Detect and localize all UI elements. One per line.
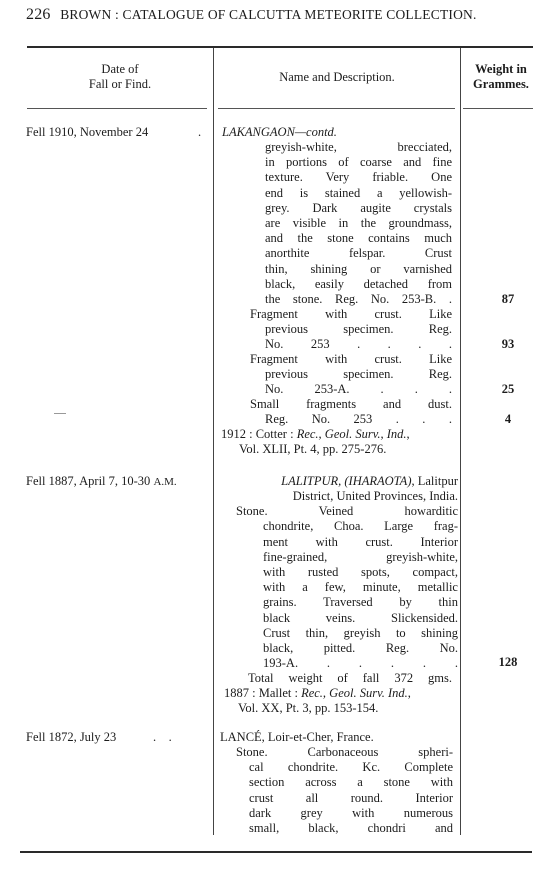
- desc-line: grey. Dark augite crystals: [265, 201, 452, 216]
- specimen-line: Fragment with crust. Like: [250, 307, 452, 322]
- desc-line: Stone. Carbonaceous spheri-: [236, 745, 453, 760]
- header-date-line-2: Fall or Find.: [30, 77, 210, 92]
- desc-line: texture. Very friable. One: [265, 170, 452, 185]
- entry-2-date: Fell 1887, April 7, 10-30 A.M.: [26, 474, 177, 489]
- header-weight-line-2: Grammes.: [461, 77, 541, 92]
- desc-line: small, black, chondri and: [249, 821, 453, 836]
- header-rule-date: [27, 108, 207, 109]
- desc-line: dark grey with numerous: [249, 806, 453, 821]
- header-name: Name and Description.: [214, 70, 460, 85]
- entry-2-date-suffix: A.M.: [153, 476, 176, 488]
- header-date: Date of Fall or Find.: [30, 62, 210, 92]
- entry-1-weight-3: 25: [478, 382, 538, 397]
- desc-line: chondrite, Choa. Large frag-: [263, 519, 458, 534]
- desc-line: black veins. Slickensided.: [263, 611, 458, 626]
- table-bottom-rule: [20, 851, 532, 853]
- entry-1-weight-4: 4: [478, 412, 538, 427]
- reference-line: Vol. XX, Pt. 3, pp. 153-154.: [238, 701, 460, 716]
- entry-1-specimen-1: Fragment with crust. Like previous speci…: [250, 307, 452, 353]
- header-weight-line-1: Weight in: [461, 62, 541, 77]
- entry-3-date-leader: . .: [153, 730, 172, 745]
- desc-line: fine-grained, greyish-white,: [263, 550, 458, 565]
- desc-line: black, easily detached from: [265, 277, 452, 292]
- header-rule-name: [218, 108, 455, 109]
- running-title: BROWN : CATALOGUE OF CALCUTTA METEORITE …: [60, 7, 476, 22]
- reference-line: Vol. XLII, Pt. 4, pp. 275-276.: [239, 442, 461, 457]
- reference-line: 1887 : Mallet : Rec., Geol. Surv. Ind.,: [224, 686, 460, 701]
- specimen-line: previous specimen. Reg.: [265, 322, 452, 337]
- desc-line: are visible in the groundmass,: [265, 216, 452, 231]
- entry-2-reference: 1887 : Mallet : Rec., Geol. Surv. Ind., …: [224, 686, 460, 716]
- entry-2-weight: 128: [478, 655, 538, 670]
- entry-1-specimen-3: Small fragments and dust. Reg. No. 253 .…: [250, 397, 452, 427]
- table-top-rule: [27, 46, 533, 48]
- scan-mark: [54, 413, 66, 414]
- specimen-line: previous specimen. Reg.: [265, 367, 452, 382]
- entry-1-date: Fell 1910, November 24: [26, 125, 148, 140]
- entry-1-name: LAKANGAON—contd.: [222, 125, 337, 140]
- specimen-line: No. 253 . . . .: [265, 337, 452, 352]
- reference-line: 1912 : Cotter : Rec., Geol. Surv., Ind.,: [221, 427, 461, 442]
- entry-2-total: Total weight of fall 372 gms.: [248, 671, 452, 686]
- running-head: 226 BROWN : CATALOGUE OF CALCUTTA METEOR…: [26, 6, 477, 24]
- desc-line: anorthite felspar. Crust: [265, 246, 452, 261]
- desc-line: Crust thin, greyish to shining: [263, 626, 458, 641]
- column-divider-1: [213, 48, 214, 835]
- desc-line: with a few, minute, metallic: [263, 580, 458, 595]
- specimen-line: Small fragments and dust.: [250, 397, 452, 412]
- entry-3-name: LANCÉ, Loir-et-Cher, France.: [220, 730, 374, 745]
- desc-line: District, United Provinces, India.: [224, 489, 458, 504]
- entry-2-name: LALITPUR, (IHARAOTA), Lalitpur: [210, 474, 458, 489]
- header-weight: Weight in Grammes.: [461, 62, 541, 92]
- desc-line: section across a stone with: [249, 775, 453, 790]
- specimen-line: Reg. No. 253 . . .: [265, 412, 452, 427]
- desc-line: Stone. Veined howarditic: [236, 504, 458, 519]
- desc-line: and the stone contains much: [265, 231, 452, 246]
- desc-line: 193-A. . . . . .: [263, 656, 458, 671]
- entry-1-description: greyish-white, brecciated, in portions o…: [265, 140, 452, 307]
- desc-line: greyish-white, brecciated,: [265, 140, 452, 155]
- desc-line: end is stained a yellowish-: [265, 186, 452, 201]
- desc-line: crust all round. Interior: [249, 791, 453, 806]
- entry-1-date-leader: .: [198, 125, 201, 140]
- entry-1-weight-1: 87: [478, 292, 538, 307]
- entry-1-specimen-2: Fragment with crust. Like previous speci…: [250, 352, 452, 398]
- desc-line: grains. Traversed by thin: [263, 595, 458, 610]
- entry-1-date-text: Fell 1910, November 24: [26, 125, 148, 139]
- page-number: 226: [26, 6, 51, 23]
- specimen-line: No. 253-A. . . .: [265, 382, 452, 397]
- desc-line: the stone. Reg. No. 253-B. .: [265, 292, 452, 307]
- specimen-line: Fragment with crust. Like: [250, 352, 452, 367]
- desc-line: thin, shining or varnished: [265, 262, 452, 277]
- header-rule-weight: [463, 108, 533, 109]
- entry-1-reference: 1912 : Cotter : Rec., Geol. Surv., Ind.,…: [221, 427, 461, 457]
- entry-3-date-text: Fell 1872, July 23: [26, 730, 116, 744]
- desc-line: ment with crust. Interior: [263, 535, 458, 550]
- entry-1-weight-2: 93: [478, 337, 538, 352]
- desc-line: with rusted spots, compact,: [263, 565, 458, 580]
- entry-3-date: Fell 1872, July 23: [26, 730, 116, 745]
- header-date-line-1: Date of: [30, 62, 210, 77]
- entry-2-date-text: Fell 1887, April 7, 10-30: [26, 474, 150, 488]
- entry-2-description: District, United Provinces, India. Stone…: [222, 489, 458, 671]
- desc-line: black, pitted. Reg. No.: [263, 641, 458, 656]
- entry-3-description: Stone. Carbonaceous spheri- cal chondrit…: [222, 745, 453, 836]
- desc-line: cal chondrite. Kc. Complete: [249, 760, 453, 775]
- desc-line: in portions of coarse and fine: [265, 155, 452, 170]
